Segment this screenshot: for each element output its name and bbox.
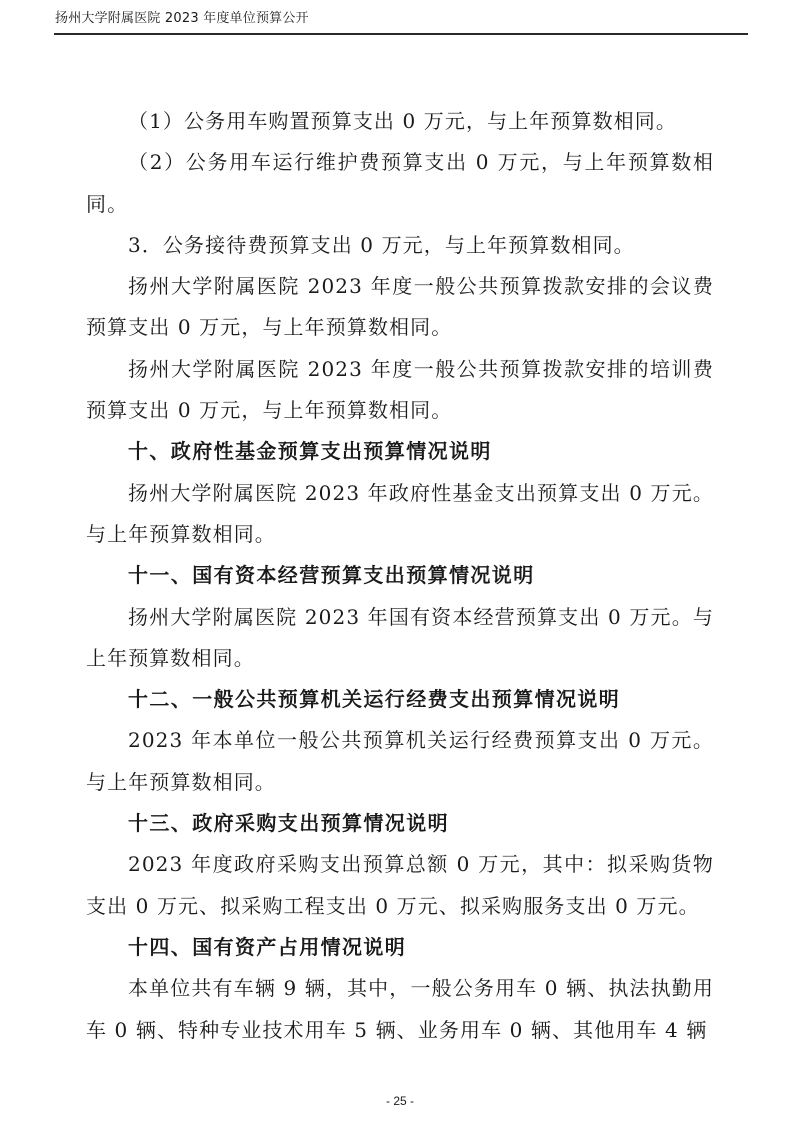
running-header-title: 扬州大学附属医院 2023 年度单位预算公开	[55, 10, 309, 28]
paragraph-reception-expense: 3．公务接待费预算支出 0 万元，与上年预算数相同。	[86, 225, 714, 266]
page-number: - 25 -	[0, 1094, 800, 1108]
section-heading-13: 十三、政府采购支出预算情况说明	[86, 803, 714, 844]
section-heading-14: 十四、国有资产占用情况说明	[86, 927, 714, 968]
section-heading-10: 十、政府性基金预算支出预算情况说明	[86, 431, 714, 472]
paragraph-procurement: 2023 年度政府采购支出预算总额 0 万元，其中：拟采购货物支出 0 万元、拟…	[86, 844, 714, 927]
paragraph-operating-expense: 2023 年本单位一般公共预算机关运行经费预算支出 0 万元。与上年预算数相同。	[86, 720, 714, 803]
paragraph-training-expense: 扬州大学附属医院 2023 年度一般公共预算拨款安排的培训费预算支出 0 万元，…	[86, 349, 714, 432]
paragraph-government-fund: 扬州大学附属医院 2023 年政府性基金支出预算支出 0 万元。与上年预算数相同…	[86, 473, 714, 556]
paragraph-state-capital: 扬州大学附属医院 2023 年国有资本经营预算支出 0 万元。与上年预算数相同。	[86, 597, 714, 680]
paragraph-meeting-expense: 扬州大学附属医院 2023 年度一般公共预算拨款安排的会议费预算支出 0 万元，…	[86, 266, 714, 349]
section-heading-11: 十一、国有资本经营预算支出预算情况说明	[86, 555, 714, 596]
paragraph-vehicles: 本单位共有车辆 9 辆，其中，一般公务用车 0 辆、执法执勤用车 0 辆、特种专…	[86, 968, 714, 1051]
section-heading-12: 十二、一般公共预算机关运行经费支出预算情况说明	[86, 679, 714, 720]
paragraph-vehicle-maintenance: （2）公务用车运行维护费预算支出 0 万元，与上年预算数相同。	[86, 142, 714, 225]
header-divider	[54, 33, 748, 35]
paragraph-vehicle-purchase: （1）公务用车购置预算支出 0 万元，与上年预算数相同。	[86, 101, 714, 142]
document-body: （1）公务用车购置预算支出 0 万元，与上年预算数相同。 （2）公务用车运行维护…	[86, 101, 714, 1051]
